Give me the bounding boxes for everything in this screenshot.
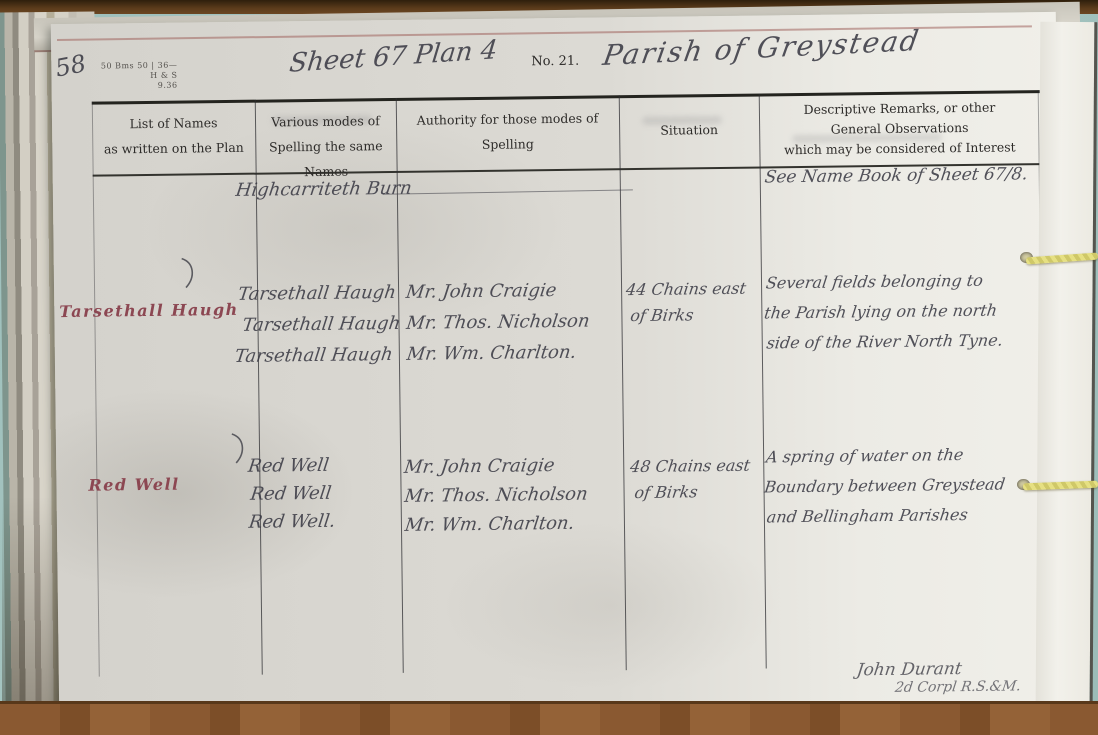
- wooden-table-bottom: [0, 701, 1098, 735]
- situation-line: of Birks: [629, 305, 695, 325]
- signature-rank: 2d Corpl R.S.&M.: [894, 678, 1022, 696]
- table-left-rule: [92, 102, 100, 677]
- page-fore-edge: [1036, 22, 1098, 704]
- remark-line: A spring of water on the: [765, 445, 965, 466]
- header-line: Authority for those modes of: [396, 105, 619, 133]
- spelling-line: Tarsethall Haugh: [241, 313, 401, 336]
- row1-ditto-dash: [383, 189, 633, 194]
- name-book-page: 58 50 Bms 50 | 36—H & S 9.36 Sheet 67 Pl…: [51, 12, 1064, 716]
- header-descriptive-remarks: Descriptive Remarks, or other General Ob…: [759, 97, 1041, 160]
- header-line: as written on the Plan: [92, 135, 255, 162]
- remark-line: side of the River North Tyne.: [766, 331, 1005, 353]
- remark-line: and Bellingham Parishes: [766, 505, 969, 526]
- header-list-of-names: List of Names as written on the Plan: [92, 110, 256, 162]
- situation-line: of Birks: [633, 482, 699, 502]
- sheet-title: Sheet 67 Plan 4: [288, 35, 499, 79]
- authority-line: Mr. John Craigie: [403, 455, 556, 478]
- spelling-line: Red Well.: [248, 511, 337, 533]
- remark-line: Several fields belonging to: [765, 271, 984, 293]
- header-line: Situation: [619, 117, 759, 144]
- situation-line: 44 Chains east: [625, 279, 747, 299]
- photo-of-name-book-page: 26 58 50 Bms 50 | 36—H & S 9.36 Sheet 67…: [0, 0, 1098, 735]
- header-line: Spelling the same Names: [255, 133, 397, 185]
- header-situation: Situation: [619, 117, 759, 144]
- spelling-line: Tarsethall Haugh: [234, 344, 394, 367]
- pencil-check-mark: [174, 254, 204, 290]
- spelling-line: Red Well: [247, 455, 330, 477]
- authority-line: Mr. Wm. Charlton.: [404, 513, 576, 536]
- situation-line: 48 Chains east: [629, 456, 751, 476]
- number-label: No. 21.: [531, 54, 579, 70]
- header-various-modes: Various modes of Spelling the same Names: [255, 108, 397, 185]
- page-number: 58: [53, 49, 88, 82]
- header-line: List of Names: [92, 110, 255, 137]
- printer-imprint: 50 Bms 50 | 36—H & S 9.36: [99, 61, 177, 92]
- remark-line: the Parish lying on the north: [763, 301, 998, 323]
- column-rule-3: [619, 95, 627, 670]
- spelling-line: Tarsethall Haugh: [237, 282, 397, 305]
- header-authority: Authority for those modes of Spelling: [396, 105, 620, 158]
- authority-line: Mr. Wm. Charlton.: [406, 342, 578, 365]
- authority-line: Mr. Thos. Nicholson: [403, 484, 589, 507]
- signature-name: John Durant: [855, 659, 963, 680]
- remark-line: Boundary between Greystead: [763, 475, 1006, 497]
- printer-imprint-line2: 9.36: [100, 81, 178, 92]
- header-line: Various modes of: [255, 108, 396, 135]
- row1-remark: See Name Book of Sheet 67/8.: [763, 164, 1028, 187]
- header-line: which may be considered of Interest: [759, 137, 1040, 160]
- spelling-line: Red Well: [249, 483, 332, 505]
- authority-line: Mr. Thos. Nicholson: [405, 311, 591, 334]
- authority-line: Mr. John Craigie: [405, 280, 558, 303]
- header-line: Spelling: [396, 130, 619, 158]
- entry-name-red: Red Well: [88, 475, 179, 495]
- entry-name-red: Tarsethall Haugh: [59, 300, 239, 321]
- row1-spelling: Highcarriteth Burn: [235, 178, 413, 201]
- printer-imprint-line1: 50 Bms 50 | 36—H & S: [99, 61, 177, 82]
